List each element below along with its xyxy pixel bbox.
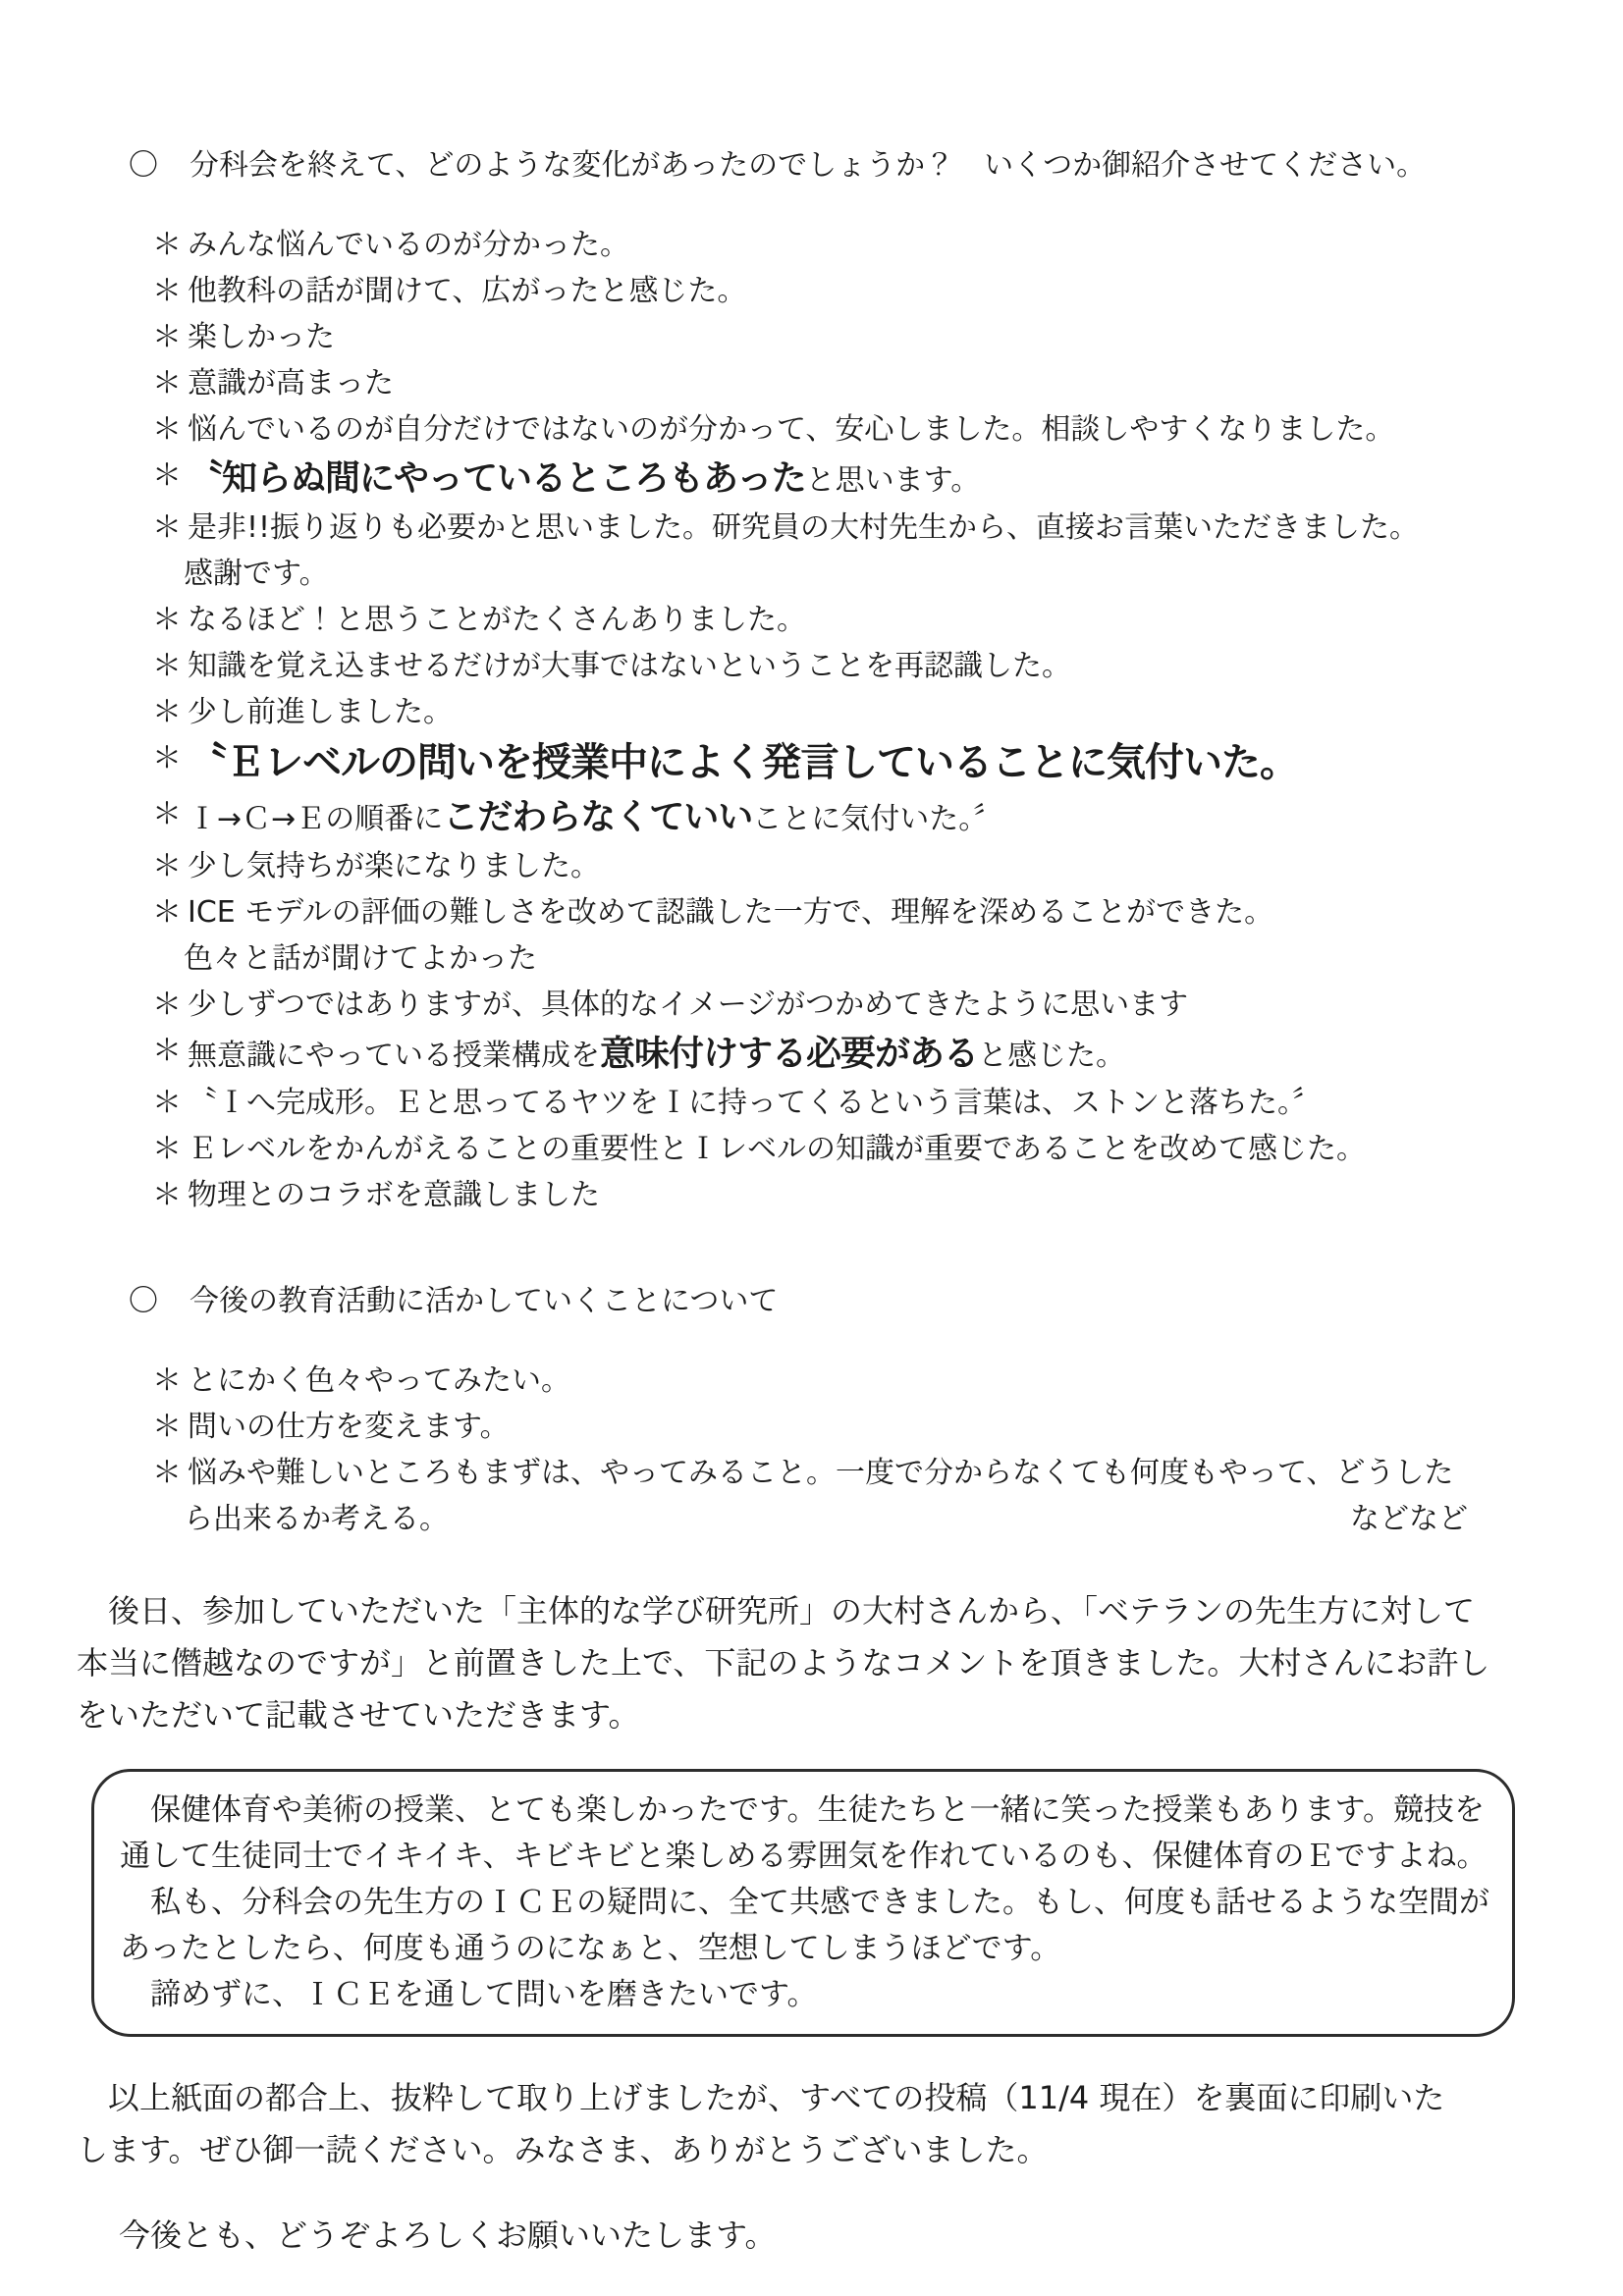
list-item: ＊意識が高まった <box>103 360 1537 406</box>
list-item: ＊Ｉ→Ｃ→Ｅの順番にこだわらなくていいことに気付いた。〞 <box>103 791 1537 843</box>
bullet-asterisk: ＊ <box>152 982 182 1028</box>
text-segment: みんな悩んでいるのが分かった。 <box>188 228 629 262</box>
section2-heading: 〇今後の教育活動に活かしていくことについて <box>103 1281 1537 1322</box>
bullet-asterisk: ＊ <box>152 889 182 935</box>
bullet-asterisk: ＊ <box>152 360 182 406</box>
text-segment: 楽しかった <box>188 320 335 354</box>
text-line: 以上紙面の都合上、抜粋して取り上げましたが、すべての投稿（11/4 現在）を裏面… <box>77 2072 1537 2124</box>
text-line: 私も、分科会の先生方のＩＣＥの疑問に、全て共感できました。もし、何度も話せるよう… <box>120 1880 1487 1926</box>
text-segment: Ｉ→Ｃ→Ｅの順番に <box>188 802 443 836</box>
text-segment: とにかく色々やってみたい。 <box>188 1363 570 1398</box>
text-line: あったとしたら、何度も通うのになぁと、空想してしまうほどです。 <box>120 1926 1487 1972</box>
comment-box: 保健体育や美術の授業、とても楽しかったです。生徒たちと一緒に笑った授業もあります… <box>91 1769 1515 2037</box>
list-item: ＊是非!!振り返りも必要かと思いました。研究員の大村先生から、直接お言葉いただき… <box>103 505 1537 551</box>
bullet-asterisk: ＊ <box>152 1080 182 1126</box>
closing-paragraph: 以上紙面の都合上、抜粋して取り上げましたが、すべての投稿（11/4 現在）を裏面… <box>77 2072 1537 2176</box>
bullet-asterisk: ＊ <box>152 222 182 268</box>
text-segment: 少し気持ちが楽になりました。 <box>188 849 600 883</box>
text-segment: 少しずつではありますが、具体的なイメージがつかめてきたように思います <box>188 988 1188 1022</box>
text-segment: 問いの仕方を変えます。 <box>188 1410 510 1444</box>
bullet-asterisk: ＊ <box>152 1358 182 1404</box>
list-item: ＊とにかく色々やってみたい。 <box>103 1358 1537 1404</box>
text-line: 諦めずに、ＩＣＥを通して問いを磨きたいです。 <box>120 1972 1487 2018</box>
list-item: ＊少し前進しました。 <box>103 689 1537 735</box>
text-line: をいただいて記載させていただきます。 <box>77 1689 1537 1741</box>
list-item: ＊少しずつではありますが、具体的なイメージがつかめてきたように思います <box>103 982 1537 1028</box>
bullet-asterisk: ＊ <box>152 843 182 889</box>
text-segment: 〝知らぬ間にやっているところもあった <box>188 458 806 499</box>
bullet-asterisk: ＊ <box>152 406 182 453</box>
text-segment: 他教科の話が聞けて、広がったと感じた。 <box>188 274 746 308</box>
list-line-continuation: 色々と話が聞けてよかった <box>103 935 1537 982</box>
text-segment: 意識が高まった <box>188 366 394 400</box>
document-content: 〇分科会を終えて、どのような変化があったのでしょうか？ いくつか御紹介させてくだ… <box>103 145 1537 2262</box>
list-item: ＊知識を覚え込ませるだけが大事ではないということを再認識した。 <box>103 643 1537 689</box>
text-segment: 無意識にやっている授業構成を <box>188 1039 600 1073</box>
bullet-asterisk: ＊ <box>152 791 182 837</box>
text-segment: こだわらなくていい <box>443 797 752 837</box>
list-item: ＊他教科の話が聞けて、広がったと感じた。 <box>103 268 1537 314</box>
text-segment: と思います。 <box>806 463 981 498</box>
text-segment: 〝Ｉへ完成形。Ｅと思ってるヤツをＩに持ってくるという言葉は、ストンと落ちた。〞 <box>188 1086 1322 1120</box>
list-item: ＊〝知らぬ間にやっているところもあったと思います。 <box>103 453 1537 505</box>
list-line-continuation: ら出来るか考える。などなど <box>103 1496 1537 1542</box>
bullet-asterisk: ＊ <box>152 689 182 735</box>
text-segment: 悩みや難しいところもまずは、やってみること。一度で分からなくても何度もやって、ど… <box>188 1456 1453 1490</box>
bullet-asterisk: ＊ <box>152 735 182 781</box>
text-segment: 悩んでいるのが自分だけではないのが分かって、安心しました。相談しやすくなりました… <box>188 412 1394 447</box>
section1-list: ＊みんな悩んでいるのが分かった。＊他教科の話が聞けて、広がったと感じた。＊楽しか… <box>103 222 1537 1218</box>
text-segment: と感じた。 <box>978 1039 1125 1073</box>
list-item: ＊少し気持ちが楽になりました。 <box>103 843 1537 889</box>
text-segment: 是非!!振り返りも必要かと思いました。研究員の大村先生から、直接お言葉いただきま… <box>188 510 1419 545</box>
bullet-asterisk: ＊ <box>152 1404 182 1450</box>
text-segment: 色々と話が聞けてよかった <box>184 941 537 976</box>
bullet-asterisk: ＊ <box>152 314 182 360</box>
list-item: ＊みんな悩んでいるのが分かった。 <box>103 222 1537 268</box>
section2-list: ＊とにかく色々やってみたい。＊問いの仕方を変えます。＊悩みや難しいところもまずは… <box>103 1358 1537 1542</box>
list-item: ＊なるほど！と思うことがたくさんありました。 <box>103 597 1537 643</box>
list-item: ＊悩みや難しいところもまずは、やってみること。一度で分からなくても何度もやって、… <box>103 1450 1537 1496</box>
list-item: ＊楽しかった <box>103 314 1537 360</box>
list-item: ＊悩んでいるのが自分だけではないのが分かって、安心しました。相談しやすくなりまし… <box>103 406 1537 453</box>
bullet-asterisk: ＊ <box>152 1172 182 1218</box>
list-item: ＊〝Ｅレベルの問いを授業中によく発言していることに気付いた。 <box>103 735 1537 791</box>
list-item: ＊〝Ｉへ完成形。Ｅと思ってるヤツをＩに持ってくるという言葉は、ストンと落ちた。〞 <box>103 1080 1537 1126</box>
section2-marker: 〇 <box>129 1284 158 1318</box>
right-aligned-note: などなど <box>1350 1496 1468 1542</box>
text-line: 保健体育や美術の授業、とても楽しかったです。生徒たちと一緒に笑った授業もあります… <box>120 1788 1487 1834</box>
bullet-asterisk: ＊ <box>152 1450 182 1496</box>
bullet-asterisk: ＊ <box>152 505 182 551</box>
final-greeting: 今後とも、どうぞよろしくお願いいたします。 <box>103 2210 1537 2262</box>
bullet-asterisk: ＊ <box>152 643 182 689</box>
bullet-asterisk: ＊ <box>152 268 182 314</box>
list-item: ＊ICE モデルの評価の難しさを改めて認識した一方で、理解を深めることができた。 <box>103 889 1537 935</box>
list-item: ＊物理とのコラボを意識しました <box>103 1172 1537 1218</box>
text-segment: 意味付けする必要がある <box>600 1034 978 1074</box>
text-segment: 物理とのコラボを意識しました <box>188 1178 600 1212</box>
bullet-asterisk: ＊ <box>152 1126 182 1172</box>
list-line-continuation: 感謝です。 <box>103 551 1537 597</box>
text-segment: ICE モデルの評価の難しさを改めて認識した一方で、理解を深めることができた。 <box>188 895 1273 930</box>
text-segment: なるほど！と思うことがたくさんありました。 <box>188 603 806 637</box>
text-segment: 感謝です。 <box>184 557 329 591</box>
section1-title: 分科会を終えて、どのような変化があったのでしょうか？ いくつか御紹介させてくださ… <box>189 148 1426 183</box>
bullet-asterisk: ＊ <box>152 1028 182 1074</box>
intro-paragraph: 後日、参加していただいた「主体的な学び研究所」の大村さんから、「ベテランの先生方… <box>77 1585 1537 1741</box>
text-segment: 知識を覚え込ませるだけが大事ではないということを再認識した。 <box>188 649 1071 683</box>
section2-title: 今後の教育活動に活かしていくことについて <box>189 1284 778 1318</box>
text-line: 後日、参加していただいた「主体的な学び研究所」の大村さんから、「ベテランの先生方… <box>77 1585 1537 1637</box>
text-segment: ら出来るか考える。 <box>184 1502 449 1536</box>
section1-marker: 〇 <box>129 148 158 183</box>
bullet-asterisk: ＊ <box>152 453 182 499</box>
list-item: ＊問いの仕方を変えます。 <box>103 1404 1537 1450</box>
text-segment: 少し前進しました。 <box>188 695 453 729</box>
text-line: 本当に僭越なのですが」と前置きした上で、下記のようなコメントを頂きました。大村さ… <box>77 1637 1537 1689</box>
document-page: 〇分科会を終えて、どのような変化があったのでしょうか？ いくつか御紹介させてくだ… <box>0 0 1623 2296</box>
text-line: します。ぜひ御一読ください。みなさま、ありがとうございました。 <box>77 2124 1537 2176</box>
list-item: ＊Ｅレベルをかんがえることの重要性とＩレベルの知識が重要であることを改めて感じた… <box>103 1126 1537 1172</box>
text-segment: 〝Ｅレベルの問いを授業中によく発言していることに気付いた。 <box>188 740 1298 785</box>
text-line: 通して生徒同士でイキイキ、キビキビと楽しめる雰囲気を作れているのも、保健体育のＥ… <box>120 1834 1487 1880</box>
bullet-asterisk: ＊ <box>152 597 182 643</box>
text-segment: ことに気付いた。〞 <box>752 802 1002 836</box>
list-item: ＊無意識にやっている授業構成を意味付けする必要があると感じた。 <box>103 1028 1537 1080</box>
text-segment: Ｅレベルをかんがえることの重要性とＩレベルの知識が重要であることを改めて感じた。 <box>188 1132 1366 1166</box>
section1-heading: 〇分科会を終えて、どのような変化があったのでしょうか？ いくつか御紹介させてくだ… <box>103 145 1537 187</box>
